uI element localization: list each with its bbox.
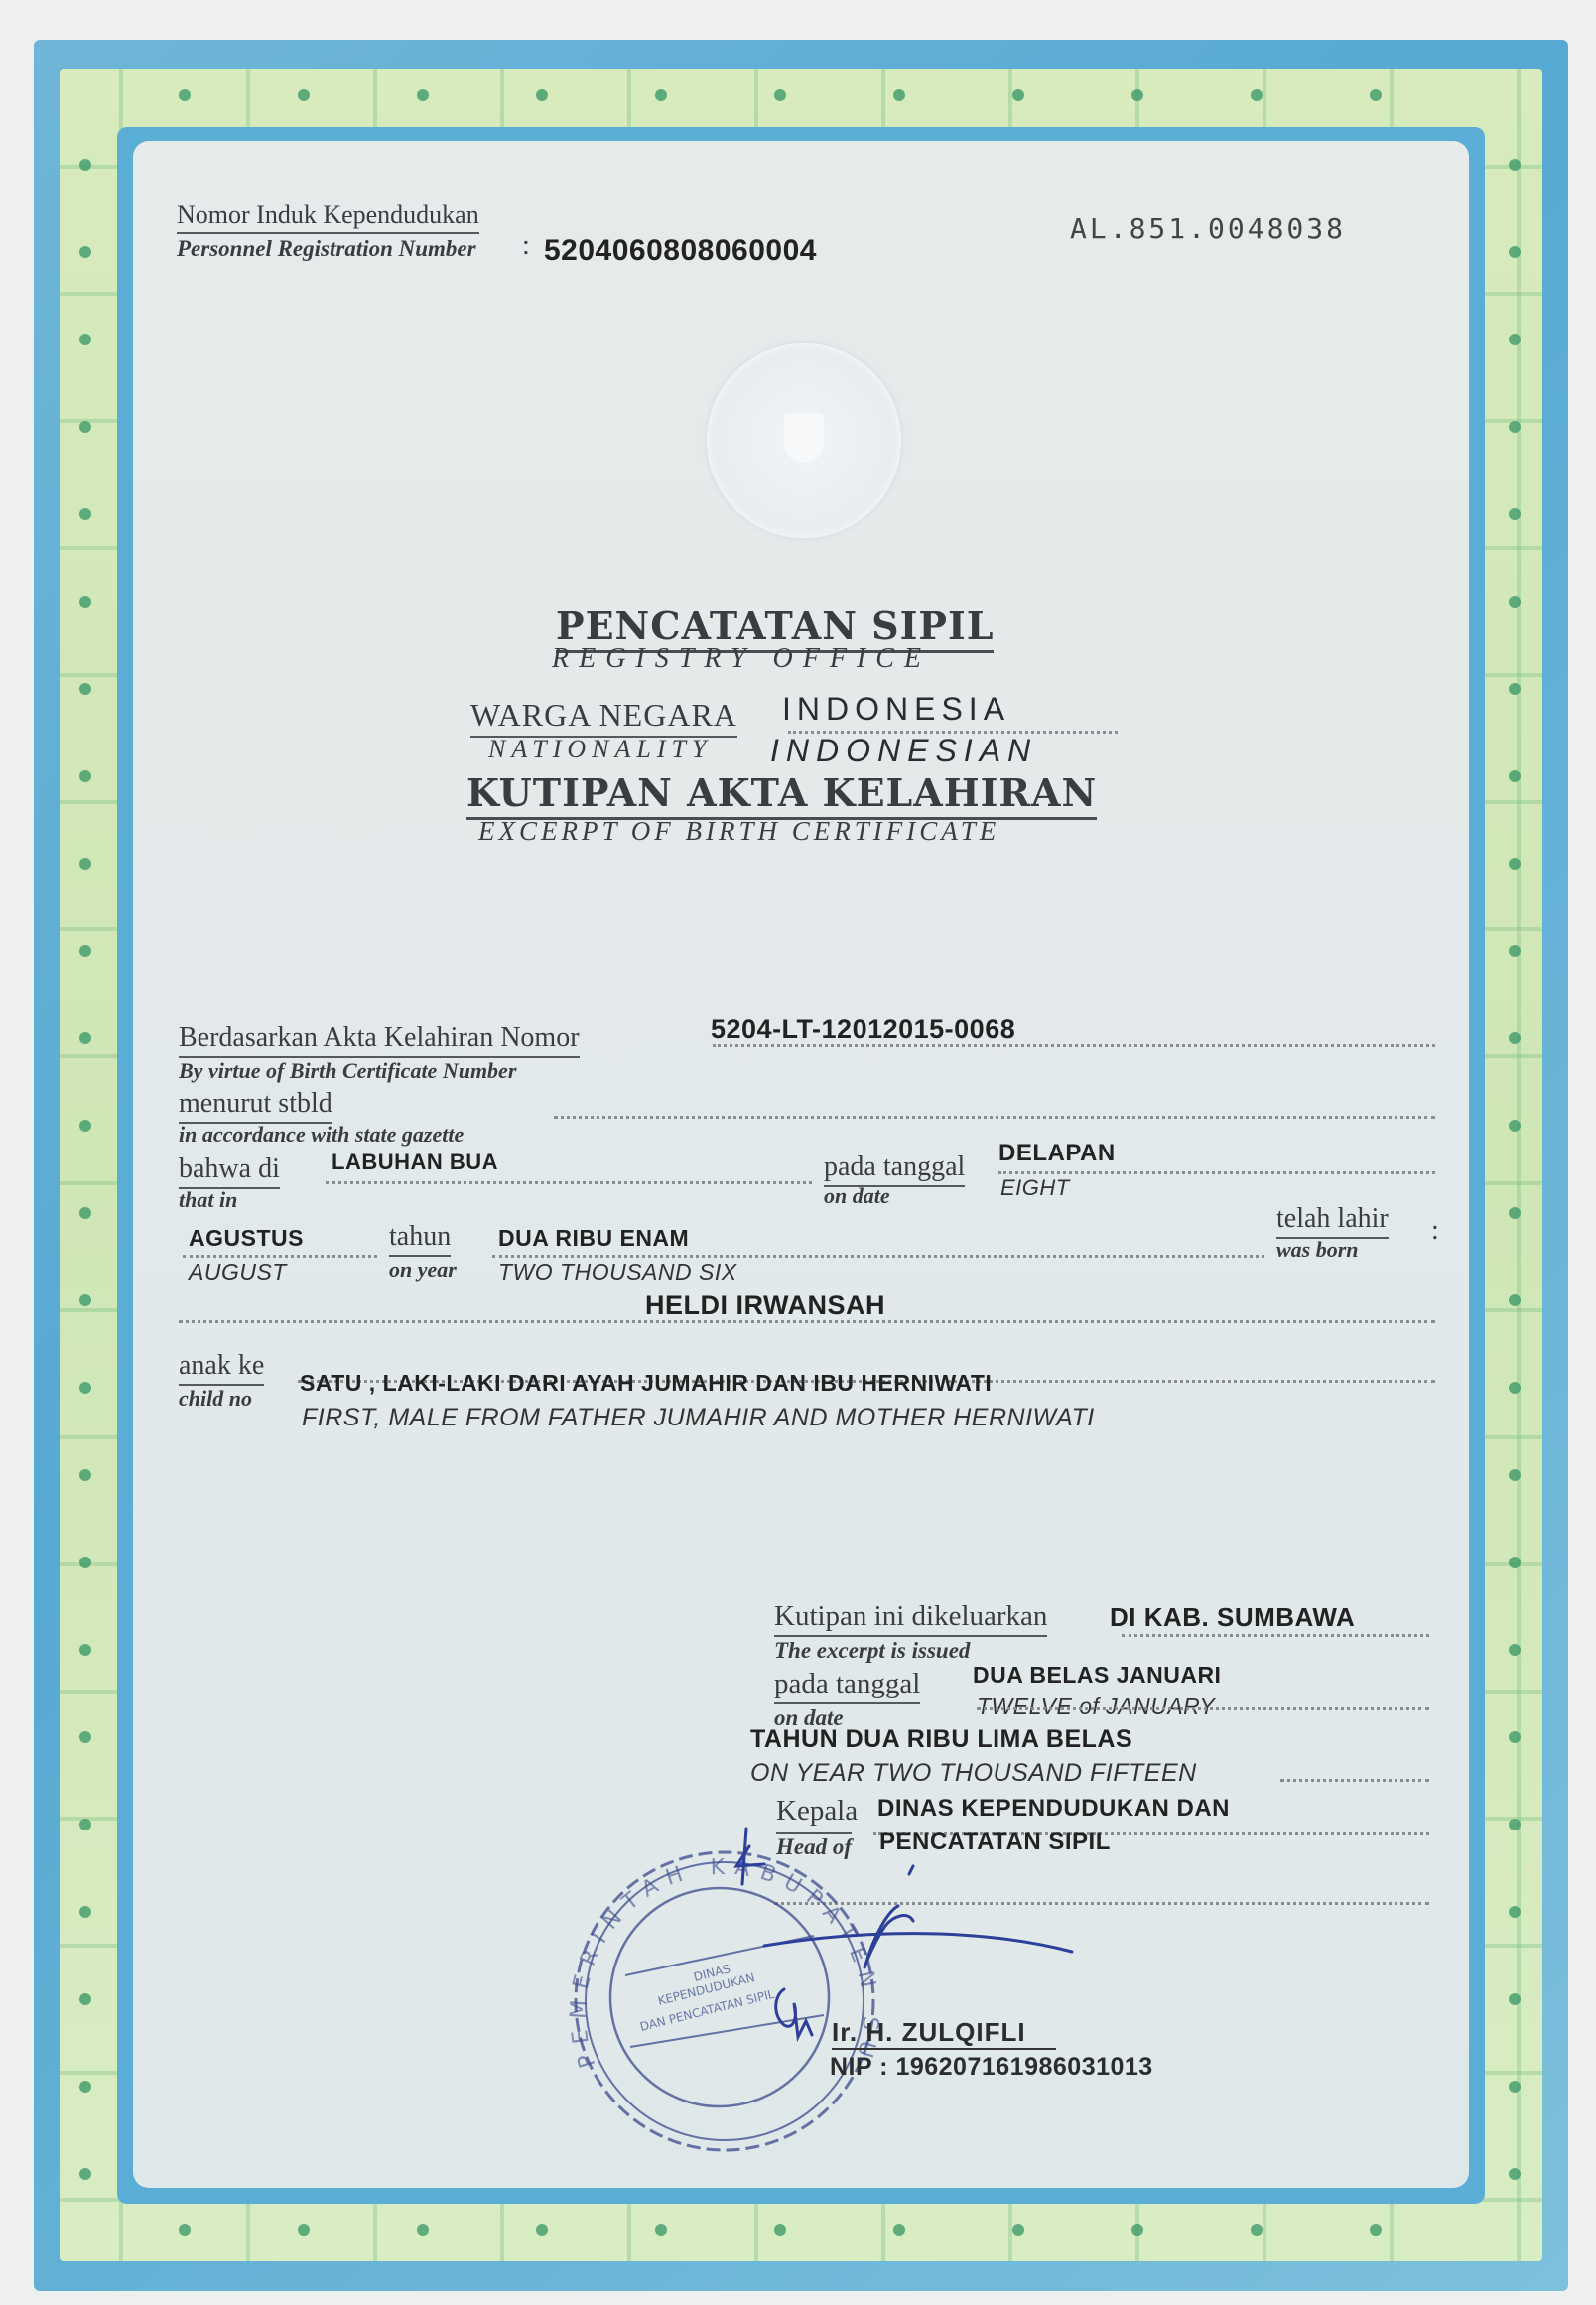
signatory-nip: NIP : 196207161986031013 <box>830 2053 1153 2082</box>
stamp-ring-text: PEMERINTAH KABUPATEN SUMBAWA <box>0 0 882 2071</box>
stamp-and-signature-graphic: DINAS KEPENDUDUKAN DAN PENCATATAN SIPIL … <box>0 0 1596 2305</box>
svg-text:PEMERINTAH KABUPATEN SUMBAWA: PEMERINTAH KABUPATEN SUMBAWA <box>0 0 882 2071</box>
signatory-name: Ir. H. ZULQIFLI <box>832 2017 1056 2050</box>
